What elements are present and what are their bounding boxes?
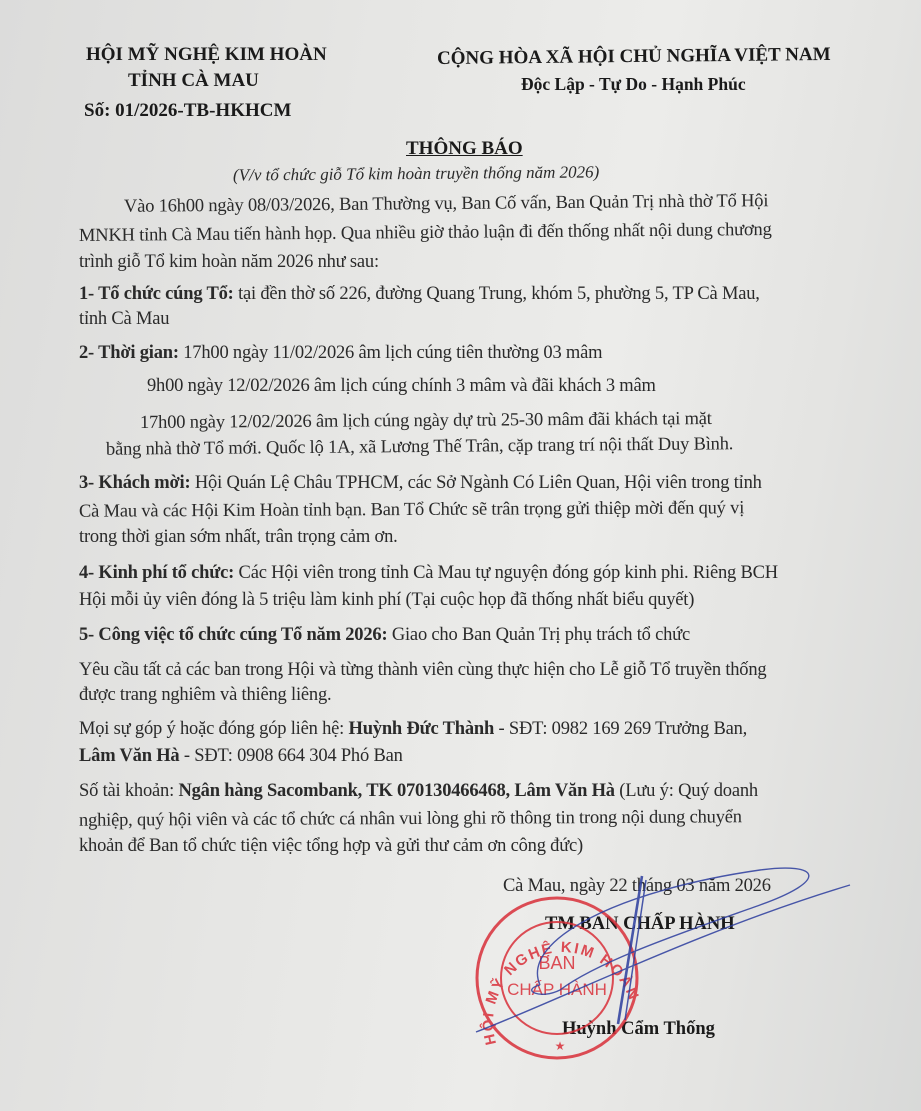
bank-note: nghiệp, quý hội viên và các tổ chức cá n…: [79, 807, 742, 831]
section-text: Hội mỗi ủy viên đóng là 5 triệu làm kinh…: [79, 590, 694, 611]
section-text: Giao cho Ban Quản Trị phụ trách tổ chức: [387, 625, 690, 645]
bank-account-details: Ngân hàng Sacombank, TK 070130466468, Lâ…: [178, 781, 614, 801]
section-text: tỉnh Cà Mau: [79, 309, 169, 330]
place-date: Cà Mau, ngày 22 tháng 03 năm 2026: [503, 876, 771, 897]
document-title: THÔNG BÁO: [406, 138, 523, 160]
request-line: Yêu cầu tất cả các ban trong Hội và từng…: [79, 660, 766, 681]
request-line: được trang nghiêm và thiêng liêng.: [79, 685, 331, 706]
intro-line: Vào 16h00 ngày 08/03/2026, Ban Thường vụ…: [124, 191, 768, 218]
stamp-center-line1: BAN: [538, 953, 575, 973]
contact-name-head: Huỳnh Đức Thành: [349, 719, 495, 739]
signer-role: TM BAN CHẤP HÀNH: [545, 914, 735, 935]
section-label: 3- Khách mời:: [79, 473, 190, 493]
section-text: trong thời gian sớm nhất, trân trọng cảm…: [79, 527, 398, 548]
contact-name-deputy: Lâm Văn Hà: [79, 746, 179, 766]
org-name-line1: HỘI MỸ NGHỆ KIM HOÀN: [86, 44, 327, 66]
document-subtitle: (V/v tổ chức giỗ Tổ kim hoàn truyền thốn…: [233, 162, 599, 185]
signer-name: Huỳnh Cẩm Thống: [562, 1019, 715, 1040]
section-label: 5- Công việc tổ chức cúng Tổ năm 2026:: [79, 625, 387, 645]
section-text: bằng nhà thờ Tổ mới. Quốc lộ 1A, xã Lươn…: [106, 434, 733, 460]
section-text: Hội Quán Lệ Châu TPHCM, các Sở Ngành Có …: [190, 473, 761, 493]
contact-phone-deputy: - SĐT: 0908 664 304 Phó Ban: [179, 746, 402, 766]
section-text: Cà Mau và các Hội Kim Hoàn tỉnh bạn. Ban…: [79, 498, 744, 522]
section-label: 4- Kinh phí tổ chức:: [79, 563, 234, 583]
notice-document: HỘI MỸ NGHỆ KIM HOÀN TỈNH CÀ MAU Số: 01/…: [0, 0, 921, 1111]
national-motto: Độc Lập - Tự Do - Hạnh Phúc: [521, 74, 746, 95]
section-label: 2- Thời gian:: [79, 343, 179, 363]
contact-phone-head: - SĐT: 0982 169 269 Trưởng Ban,: [494, 719, 747, 739]
section-text: 17h00 ngày 11/02/2026 âm lịch cúng tiên …: [179, 343, 603, 363]
stamp-center-line2: CHẤP HÀNH: [507, 980, 607, 999]
section-text: 17h00 ngày 12/02/2026 âm lịch cúng ngày …: [140, 409, 712, 434]
intro-line: MNKH tỉnh Cà Mau tiến hành họp. Qua nhiề…: [79, 220, 772, 247]
stamp-star-icon: ★: [555, 1039, 566, 1053]
section-text: Các Hội viên trong tỉnh Cà Mau tự nguyện…: [234, 563, 778, 583]
section-label: 1- Tổ chức cúng Tổ:: [79, 284, 234, 304]
section-text: tại đền thờ số 226, đường Quang Trung, k…: [234, 284, 760, 304]
org-name-line2: TỈNH CÀ MAU: [128, 70, 259, 92]
intro-line: trình giỗ Tổ kim hoàn năm 2026 như sau:: [79, 252, 379, 273]
document-number: Số: 01/2026-TB-HKHCM: [84, 100, 291, 122]
section-text: 9h00 ngày 12/02/2026 âm lịch cúng chính …: [147, 376, 656, 397]
bank-note: khoản để Ban tổ chức tiện việc tổng hợp …: [79, 836, 583, 857]
national-title: CỘNG HÒA XÃ HỘI CHỦ NGHĨA VIỆT NAM: [437, 44, 831, 70]
